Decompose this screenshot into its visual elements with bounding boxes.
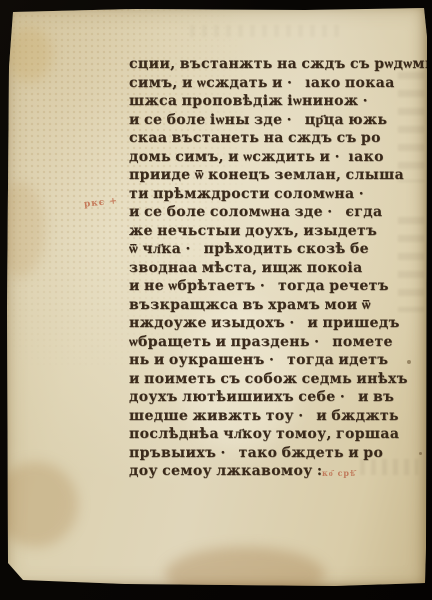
stain: [0, 462, 78, 547]
stain: [7, 27, 52, 82]
manuscript-photo: ркє + сции, въстанжть на сждъ съ рѡдѡмь …: [0, 0, 432, 600]
manuscript-line: доу семоу лжкавомоу :: [129, 462, 425, 481]
manuscript-line: и поиметь съ собож седмь инѣхъ: [129, 370, 425, 389]
manuscript-line: симъ, и ѡсждать и · ıако покаа: [129, 74, 425, 93]
bleed-through-smudge: [190, 25, 340, 37]
manuscript-line: зводнаа мѣста, ищж покоіа: [129, 259, 425, 278]
manuscript-line: и не ѡбрѣтаетъ · тогда речетъ: [129, 277, 425, 296]
manuscript-line: пръвыихъ · тако бждеть и ро: [129, 444, 425, 463]
manuscript-line: скаа въстанеть на сждъ съ ро: [129, 129, 425, 148]
manuscript-line: и се боле іѡны зде · цр҃ца южь: [129, 111, 425, 130]
text-block: сции, въстанжть на сждъ съ рѡдѡмь симъ, …: [129, 55, 425, 481]
manuscript-line: и се боле соломѡна зде · єгда: [129, 203, 425, 222]
manuscript-line: ти прѣмждрости соломѡна ·: [129, 185, 425, 204]
manuscript-line: прииде ѿ конецъ землан, слыша: [129, 166, 425, 185]
manuscript-line: сции, въстанжть на сждъ съ рѡдѡмь: [129, 55, 425, 74]
manuscript-line: послѣднѣа чл҃коу томоу, горшаа: [129, 425, 425, 444]
manuscript-line: доухъ лютѣишиихъ себе · и въ: [129, 388, 425, 407]
manuscript-line: домь симъ, и ѡсждить и · ıако: [129, 148, 425, 167]
manuscript-line: възкращжса въ храмъ мои ѿ: [129, 296, 425, 315]
manuscript-line: же нечьстыи доухъ, изыдетъ: [129, 222, 425, 241]
manuscript-line: шедше живжть тоу · и бжджть: [129, 407, 425, 426]
manuscript-line: нждоуже изыдохъ · и пришедъ: [129, 314, 425, 333]
parchment-page: ркє + сции, въстанжть на сждъ съ рѡдѡмь …: [5, 7, 429, 589]
stain: [165, 547, 325, 600]
manuscript-line: нь и оукрашенъ · тогда идетъ: [129, 351, 425, 370]
manuscript-line: шжса проповѣдіж іѡнинож ·: [129, 92, 425, 111]
manuscript-line: ѡбращеть и праздень · помете: [129, 333, 425, 352]
manuscript-line: ѿ чл҃ка · прѣходить скозѣ бе: [129, 240, 425, 259]
end-of-reading-rubric: ко҃ срѣ҃: [322, 468, 356, 478]
